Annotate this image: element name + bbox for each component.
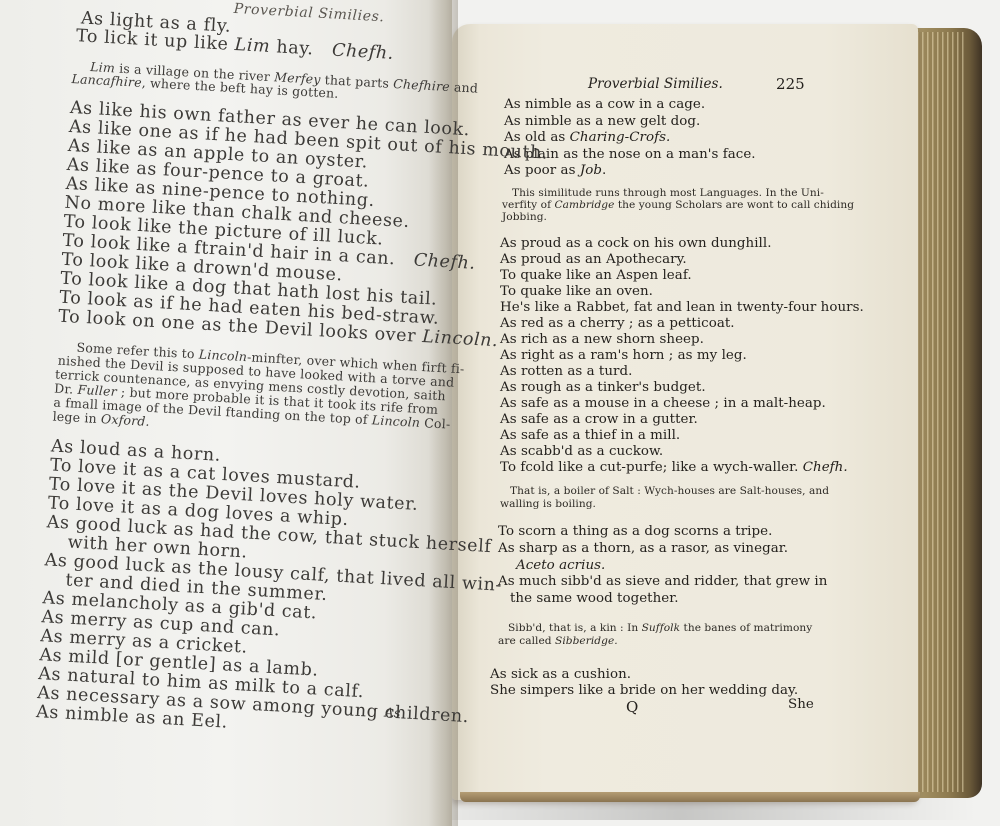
proverb-line: As nimble as a new gelt dog. — [504, 114, 700, 129]
proverb-line: As rich as a new shorn sheep. — [500, 332, 704, 347]
right-page-bottom-edge — [460, 792, 920, 802]
proverb-line: He's like a Rabbet, fat and lean in twen… — [500, 300, 864, 315]
proverb-line: She simpers like a bride on her wedding … — [490, 683, 798, 698]
latin-gloss: Aceto acrius. — [516, 558, 605, 573]
proverb-line: To quake like an oven. — [500, 284, 653, 299]
running-head-right: Proverbial Similies. — [588, 76, 723, 92]
page-number: 225 — [776, 75, 805, 93]
proverb-line: As sick as a cushion. — [490, 667, 631, 682]
proverb-line: As proud as an Apothecary. — [500, 252, 687, 267]
proverb-line: As proud as a cock on his own dunghill. — [500, 236, 772, 251]
proverb-line: As red as a cherry ; as a petticoat. — [500, 316, 735, 331]
book-photo: Proverbial Similies. 225 As nimble as a … — [0, 0, 1000, 826]
proverb-line: As scabb'd as a cuckow. — [500, 444, 663, 459]
footnote-line: That is, a boiler of Salt : Wych-houses … — [510, 485, 829, 497]
footnote-line: walling is boiling. — [500, 498, 596, 510]
proverb-line: As nimble as a cow in a cage. — [504, 97, 705, 112]
proverb-line: To quake like an Aspen leaf. — [500, 268, 692, 283]
footnote-line: are called Sibberidge. — [498, 635, 618, 647]
footnote-line: Jobbing. — [502, 211, 547, 223]
footnote-line: verfity of Cambridge the young Scholars … — [502, 199, 854, 211]
catchword-right: She — [788, 697, 814, 712]
proverb-line: As safe as a thief in a mill. — [500, 428, 680, 443]
proverb-line: As safe as a mouse in a cheese ; in a ma… — [500, 396, 826, 411]
catchword-left: As — [384, 704, 401, 720]
proverb-line: As right as a ram's horn ; as my leg. — [500, 348, 747, 363]
page-fore-edge — [912, 32, 964, 792]
proverb-line: As much sibb'd as sieve and ridder, that… — [498, 574, 827, 589]
proverb-line: As sharp as a thorn, as a rasor, as vine… — [498, 541, 788, 556]
signature-mark: Q — [626, 698, 638, 716]
proverb-line: As rotten as a turd. — [500, 364, 632, 379]
proverb-line: As rough as a tinker's budget. — [500, 380, 706, 395]
proverb-line: To fcold like a cut-purfe; like a wych-w… — [500, 460, 848, 475]
proverb-line: To scorn a thing as a dog scorns a tripe… — [498, 524, 772, 539]
footnote-line: Sibb'd, that is, a kin : In Suffolk the … — [508, 622, 812, 634]
proverb-line: As poor as Job. — [504, 163, 606, 178]
proverb-line: the same wood together. — [510, 591, 679, 606]
proverb-line: As safe as a crow in a gutter. — [500, 412, 698, 427]
footnote-line: This similitude runs through most Langua… — [512, 187, 824, 199]
